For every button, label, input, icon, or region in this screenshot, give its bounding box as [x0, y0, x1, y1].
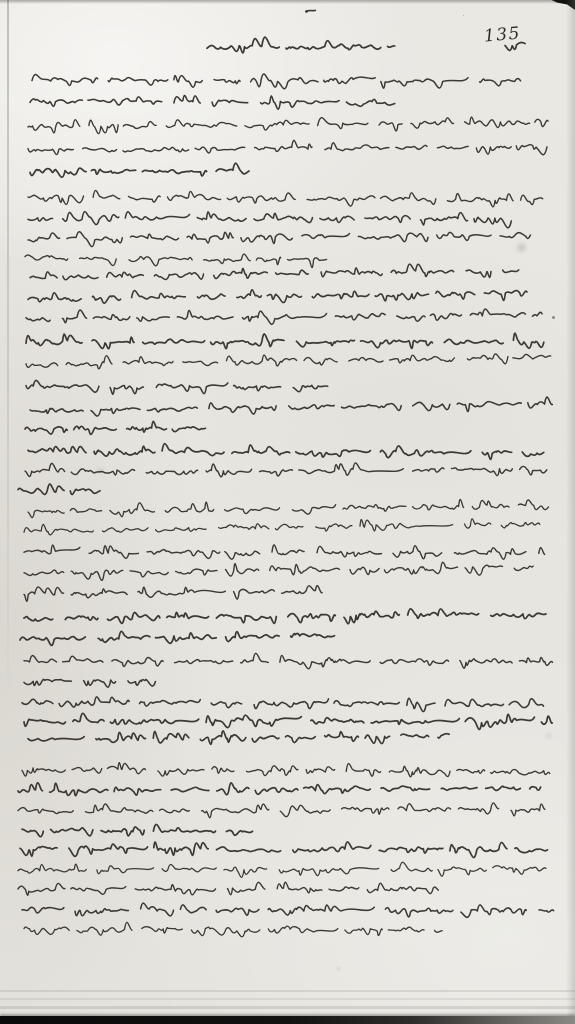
handwriting-line — [25, 254, 327, 268]
handwriting-line — [28, 290, 527, 303]
scan-bottom-band — [0, 1016, 575, 1024]
handwriting-line — [32, 74, 521, 89]
handwriting-line — [26, 380, 328, 394]
handwriting-line — [26, 309, 542, 324]
handwriting-line — [22, 824, 253, 836]
handwriting-line — [28, 117, 548, 134]
scanned-manuscript-page: 135 — [0, 0, 575, 1024]
handwriting-line — [18, 882, 438, 895]
binding-crease-line — [7, 0, 9, 710]
handwriting-line — [18, 803, 545, 818]
stray-pen-mark — [306, 10, 315, 11]
handwriting-line — [20, 842, 548, 858]
handwriting-line — [30, 163, 249, 177]
handwriting-line — [25, 421, 206, 434]
handwriting-layer — [0, 0, 575, 1024]
handwriting-line — [26, 333, 544, 349]
handwriting-line — [28, 499, 549, 517]
handwriting-line — [28, 190, 543, 206]
handwriting-line — [24, 713, 552, 729]
handwriting-line — [30, 264, 519, 280]
handwriting-line — [28, 444, 544, 460]
handwriting-line — [24, 609, 546, 624]
handwriting-line — [18, 484, 100, 494]
handwriting-line — [24, 562, 533, 580]
handwriting-line — [28, 140, 547, 154]
handwriting-line — [24, 922, 442, 936]
page-number: 135 — [483, 23, 522, 46]
handwriting-line — [22, 903, 554, 917]
scan-streak-lines — [0, 984, 575, 1012]
handwriting-line — [22, 697, 544, 712]
date-heading-handwriting — [207, 37, 395, 53]
handwriting-line — [18, 862, 546, 877]
handwriting-line — [28, 232, 530, 247]
handwriting-line — [24, 519, 540, 535]
handwriting-line — [18, 783, 541, 796]
handwriting-line — [30, 95, 395, 109]
handwriting-line — [24, 586, 322, 602]
handwriting-line — [22, 763, 550, 777]
handwriting-line — [24, 545, 545, 559]
handwriting-line — [30, 397, 552, 416]
handwriting-line — [28, 212, 511, 228]
handwriting-line — [25, 463, 547, 477]
handwriting-line — [28, 731, 449, 744]
handwriting-line — [26, 354, 551, 369]
handwriting-line — [24, 679, 155, 687]
handwriting-line — [20, 631, 335, 645]
scan-top-edge-shadow — [0, 0, 575, 4]
handwriting-line — [24, 653, 553, 669]
scan-right-edge-shadow — [566, 0, 575, 1024]
